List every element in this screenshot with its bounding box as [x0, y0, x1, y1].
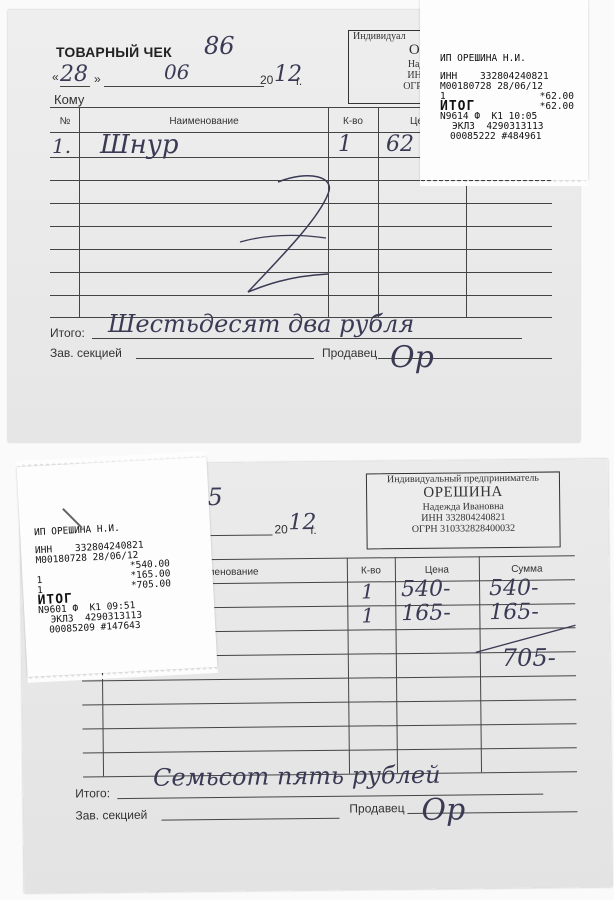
tape-header: ИП ОРЕШИНА Н.И.: [440, 54, 588, 64]
cash-register-tape-top: ИП ОРЕШИНА Н.И. ИНН 332804240821 М001807…: [420, 0, 588, 180]
row-2-price: 165-: [401, 601, 451, 627]
receipt-number: 86: [204, 32, 235, 60]
section-head-label: Зав. секцией: [50, 346, 122, 360]
seller-stamp: Индивидуал ОР Наде ИНН ОГРН: [348, 30, 429, 104]
total-label: Итого:: [75, 786, 110, 800]
column-header-price: Цена: [395, 564, 479, 576]
cash-register-tape-bottom: ИП ОРЕШИНА Н.И. ИНН 332804240821 М001807…: [17, 457, 218, 677]
cross-out-mark-icon: [218, 170, 338, 310]
row-1-price: 62: [386, 132, 414, 157]
row-1-name: Шнур: [100, 130, 179, 160]
year-prefix: 20: [274, 522, 288, 536]
seller-label: Продавец: [349, 801, 404, 816]
row-1-price: 540-: [401, 577, 451, 603]
grand-total: 705-: [502, 643, 556, 672]
recipient-label: Кому: [54, 92, 84, 107]
section-head-label: Зав. секцией: [75, 808, 147, 823]
tape-code: 00085222 #484961: [440, 132, 588, 142]
tape-total-value: *62.00: [540, 102, 574, 112]
seller-signature: Ор: [390, 340, 434, 375]
stamp-line-2: ОРЕШИНА: [367, 483, 559, 502]
column-header-sum: Сумма: [479, 563, 575, 575]
seller-stamp: Индивидуальный предприниматель ОРЕШИНА Н…: [366, 471, 561, 549]
row-1-sum: 540-: [489, 576, 539, 602]
row-1-no: 1.: [52, 134, 71, 158]
row-2-qty: 1: [361, 603, 374, 627]
column-header-no: №: [54, 116, 76, 127]
tape-total-value: *705.00: [131, 579, 172, 591]
total-in-words: Семьсот пять рублей: [153, 761, 441, 792]
column-header-qty: К-во: [347, 565, 395, 577]
year-unit: г.: [296, 74, 302, 88]
seller-signature: Ор: [421, 792, 465, 827]
year-unit: г.: [310, 523, 316, 537]
year-prefix: 20: [260, 73, 273, 87]
row-1-qty: 1: [361, 579, 374, 603]
date-month: 06: [164, 60, 189, 84]
date-day: 28: [60, 62, 88, 87]
receipt-title: ТОВАРНЫЙ ЧЕК: [56, 44, 172, 60]
staple-icon: [59, 503, 91, 535]
total-in-words: Шестьдесят два рубля: [108, 310, 414, 338]
row-1-qty: 1: [338, 132, 352, 157]
column-header-qty: К-во: [328, 116, 378, 127]
column-header-name: Наименование: [80, 116, 328, 127]
total-label: Итого:: [50, 326, 85, 340]
stamp-line-5: ОГРН 310332828400032: [367, 522, 559, 535]
seller-label: Продавец: [322, 346, 377, 360]
